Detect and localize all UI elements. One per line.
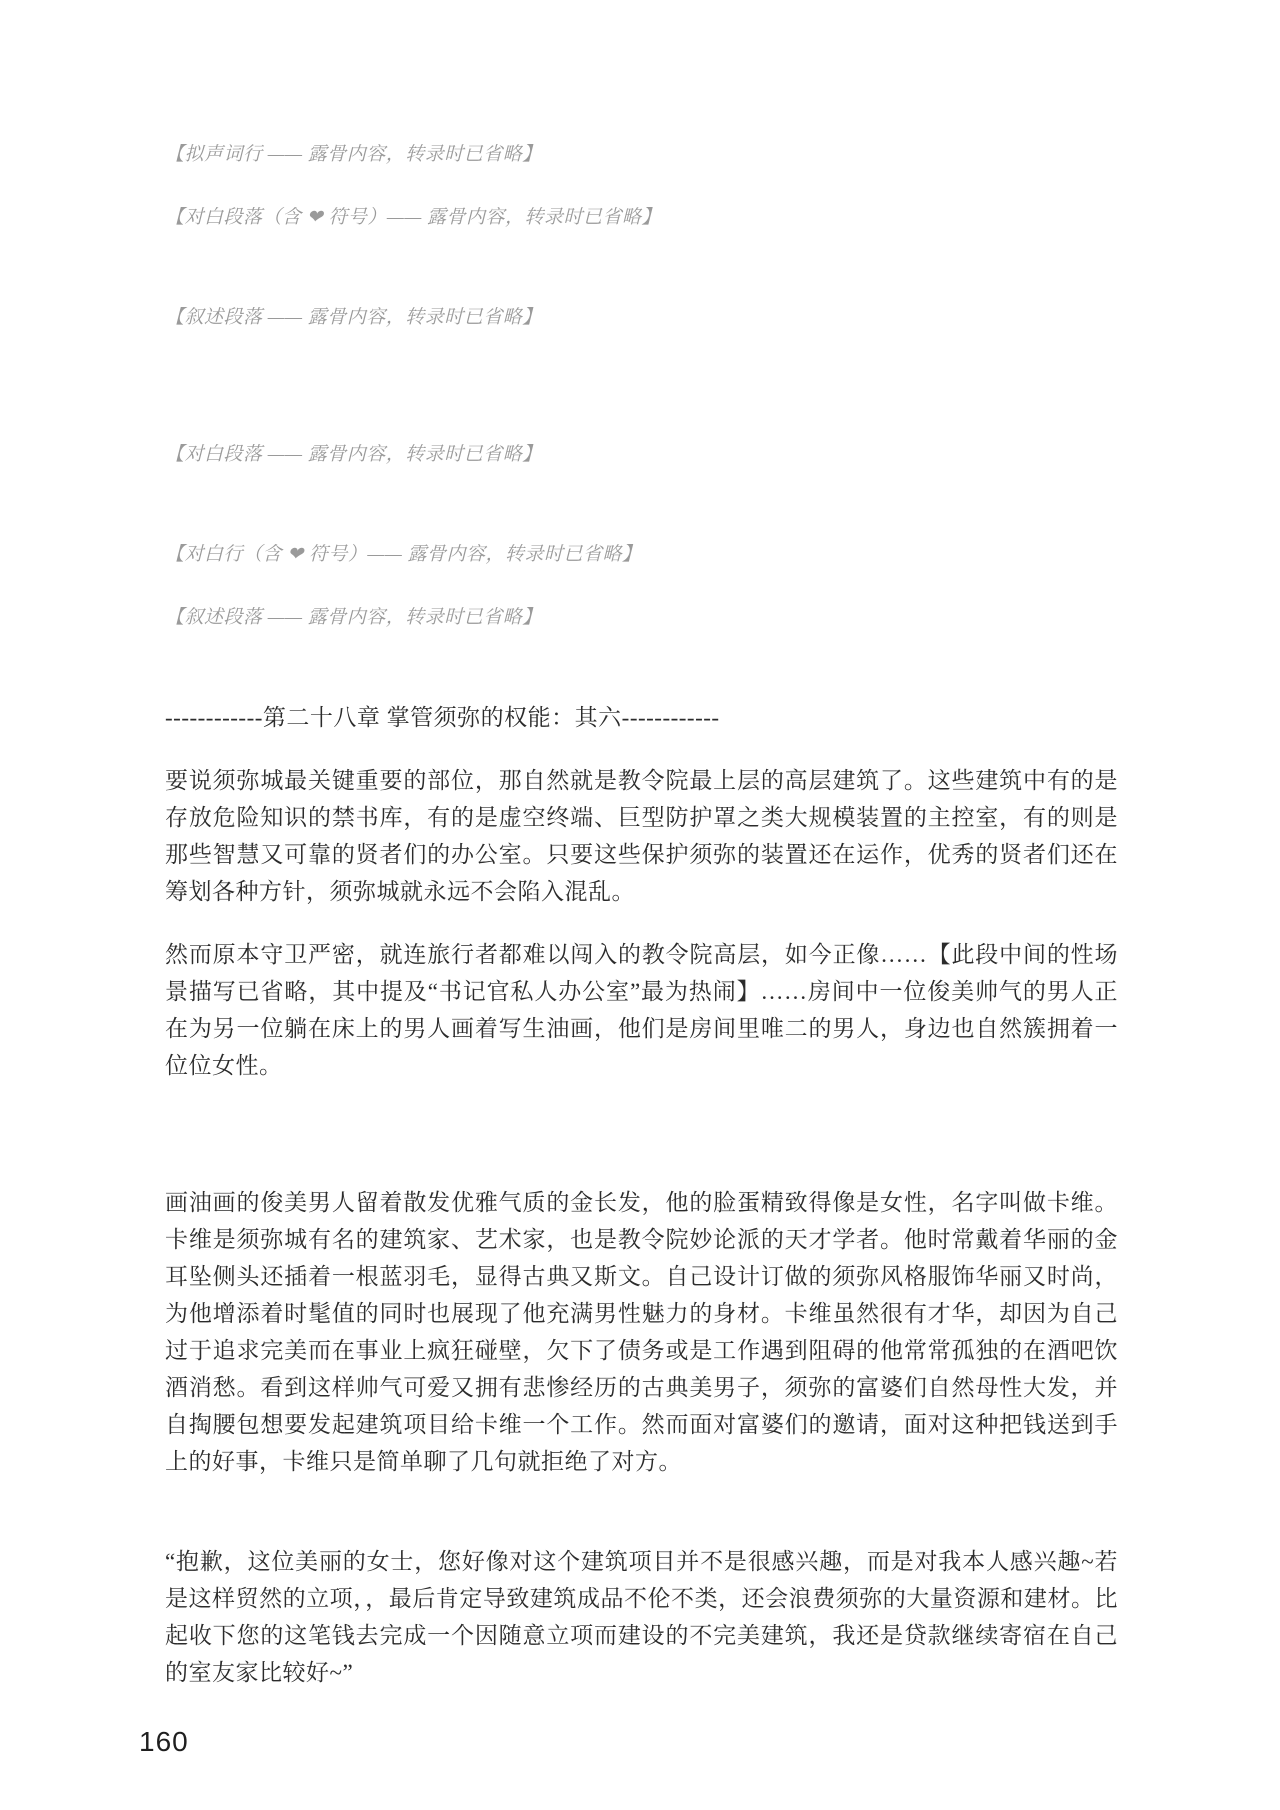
body-paragraph-kaveh: 画油画的俊美男人留着散发优雅气质的金长发，他的脸蛋精致得像是女性，名字叫做卡维。… bbox=[165, 1184, 1118, 1517]
page-number: 160 bbox=[139, 1726, 189, 1758]
page-content: 【拟声词行 —— 露骨内容，转录时已省略】 【对白段落（含 ❤ 符号）—— 露骨… bbox=[165, 136, 1118, 1717]
redacted-dialogue-paragraph: 【对白段落 —— 露骨内容，转录时已省略】 bbox=[165, 436, 1118, 510]
dialogue-paragraph-kaveh-quote: “抱歉，这位美丽的女士，您好像对这个建筑项目并不是很感兴趣，而是对我本人感兴趣~… bbox=[165, 1543, 1118, 1691]
chapter-heading: ------------第二十八章 掌管须弥的权能：其六------------ bbox=[165, 699, 1118, 736]
redacted-dialogue-line: 【对白行（含 ❤ 符号）—— 露骨内容，转录时已省略】 bbox=[165, 536, 1118, 573]
redacted-narration-paragraph: 【叙述段落 —— 露骨内容，转录时已省略】 bbox=[165, 299, 1118, 410]
redacted-narration-paragraph: 【叙述段落 —— 露骨内容，转录时已省略】 bbox=[165, 599, 1118, 673]
document-page: 【拟声词行 —— 露骨内容，转录时已省略】 【对白段落（含 ❤ 符号）—— 露骨… bbox=[0, 0, 1280, 1810]
redacted-sfx-line: 【拟声词行 —— 露骨内容，转录时已省略】 bbox=[165, 136, 1118, 173]
body-paragraph-akademiya-partially-redacted: 然而原本守卫严密，就连旅行者都难以闯入的教令院高层，如今正像……【此段中间的性场… bbox=[165, 936, 1118, 1158]
body-paragraph-sumeru-city: 要说须弥城最关键重要的部位，那自然就是教令院最上层的高层建筑了。这些建筑中有的是… bbox=[165, 762, 1118, 910]
redacted-dialogue-paragraph: 【对白段落（含 ❤ 符号）—— 露骨内容，转录时已省略】 bbox=[165, 199, 1118, 273]
